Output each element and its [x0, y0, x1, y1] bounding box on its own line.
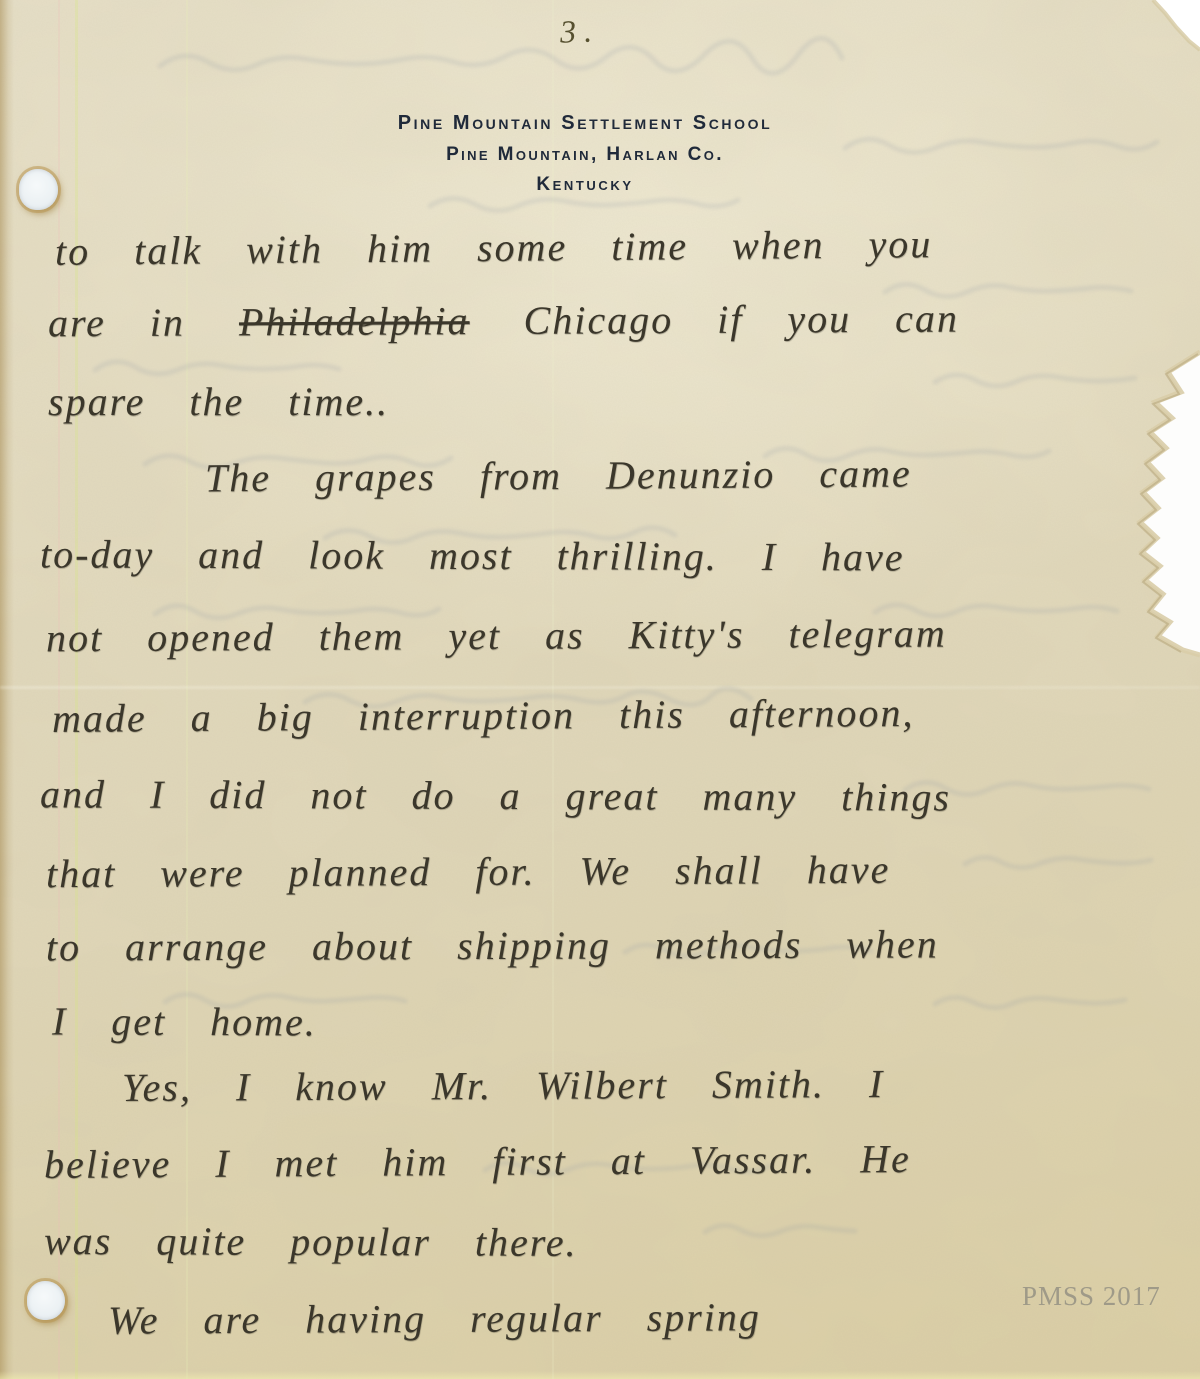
handwritten-line: believe I met him first at Vassar. He	[44, 1135, 911, 1188]
scanned-letter-page: 3. Pine Mountain Settlement School Pine …	[0, 0, 1200, 1379]
handwritten-line: that were planned for. We shall have	[46, 846, 891, 897]
handwritten-line: to-day and look most thrilling. I have	[40, 530, 905, 580]
handwritten-line: The grapes from Denunzio came	[205, 450, 912, 502]
handwritten-line: Yes, I know Mr. Wilbert Smith. I	[122, 1060, 885, 1111]
hole-punch-bottom	[27, 1281, 65, 1320]
handwritten-line: I get home.	[52, 998, 317, 1046]
archive-watermark: PMSS 2017	[1022, 1281, 1161, 1312]
handwritten-line: was quite popular there.	[44, 1217, 578, 1266]
page-number: 3.	[559, 10, 650, 50]
handwritten-line: to arrange about shipping methods when	[46, 920, 939, 970]
handwritten-segment: are in	[48, 300, 185, 346]
handwritten-segment: Chicago if you can	[523, 296, 959, 343]
handwritten-line: made a big interruption this afternoon,	[52, 689, 915, 742]
handwritten-line: are in Philadelphia Chicago if you can	[48, 295, 959, 347]
letterhead: Pine Mountain Settlement School Pine Mou…	[0, 112, 1170, 196]
letterhead-state: Kentucky	[0, 174, 1170, 196]
handwritten-line: to talk with him some time when you	[55, 220, 933, 275]
handwritten-line: and I did not do a great many things	[40, 770, 951, 820]
handwritten-line: not opened them yet as Kitty's telegram	[46, 610, 947, 662]
handwritten-line: spare the time..	[48, 378, 389, 425]
letterhead-school-name: Pine Mountain Settlement School	[0, 112, 1170, 135]
letterhead-location: Pine Mountain, Harlan Co.	[0, 144, 1170, 166]
struck-out-word: Philadelphia	[239, 298, 470, 344]
handwritten-line: We are having regular spring	[108, 1293, 761, 1343]
